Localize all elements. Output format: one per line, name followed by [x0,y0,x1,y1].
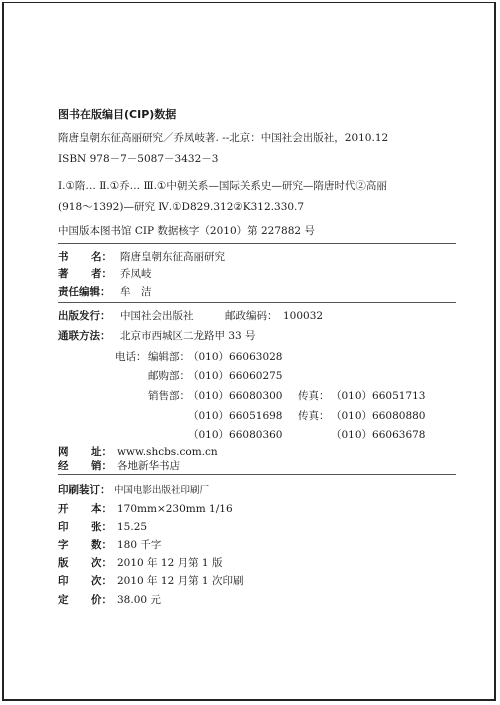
printer: 中国电影出版社印刷厂 [114,485,209,497]
cip-title-line: 隋唐皇朝东征高丽研究／乔凤岐著. --北京：中国社会出版社，2010.12 [58,132,388,144]
title-label-b: 名： [91,251,112,263]
cip-subjects-line1: Ⅰ.①隋… Ⅱ.①乔… Ⅲ.①中朝关系—国际关系史—研究—隋唐时代②高丽 [58,180,387,192]
website-row: 网址： [58,446,112,458]
mailorder-label: 邮购部： [148,370,190,382]
words: 180 千字 [117,539,161,551]
words-label-b: 数： [91,539,112,551]
distributor-label-b: 销： [91,460,112,472]
impression-label-b: 次： [91,575,112,587]
author-label-b: 者： [91,268,112,280]
format-row: 开本： [58,503,112,515]
publisher-name: 中国社会出版社 [120,310,194,322]
author-row: 著者： [58,268,112,280]
cip-number: 中国版本图书馆 CIP 数据核字（2010）第 227882 号 [58,225,315,237]
website-link[interactable]: www.shcbs.com.cn [117,446,218,458]
edition: 2010 年 12 月第 1 版 [117,557,222,569]
sheets: 15.25 [117,521,147,533]
printer-label: 印刷装订： [58,484,111,496]
edition-label-a: 版 [58,557,91,569]
price-row: 定价： [58,594,112,606]
phone-label: 电话： [115,351,147,363]
format-label-b: 本： [91,503,112,515]
impression: 2010 年 12 月第 1 次印刷 [117,575,243,587]
title-row: 书名： [58,251,112,263]
edition-label-b: 次： [91,557,112,569]
divider [58,302,456,303]
editor-label: 责任编辑： [58,286,111,298]
book-author: 乔凤岐 [120,268,152,280]
sheets-label-b: 张： [91,521,112,533]
sheets-label-a: 印 [58,521,91,533]
website-label-b: 址： [91,446,112,458]
address: 北京市西城区二龙路甲 33 号 [120,330,256,342]
edition-row: 版次： [58,557,112,569]
postcode-label: 邮政编码： [225,310,278,322]
price-label-b: 价： [91,594,112,606]
words-row: 字数： [58,539,112,551]
format-label-a: 开 [58,503,91,515]
sales-phone-1: （010）66080300 [188,390,283,402]
distributor-label-a: 经 [58,460,91,472]
fax-number-2: （010）66080880 [331,410,426,422]
postcode: 100032 [283,310,323,322]
fax-number-1: （010）66051713 [331,390,426,402]
words-label-a: 字 [58,539,91,551]
distributor: 各地新华书店 [117,460,180,472]
fax-label-1: 传真： [298,390,330,402]
fax-number-3: （010）66063678 [331,429,426,441]
impression-row: 印次： [58,575,112,587]
sales-phone-2: （010）66051698 [188,410,283,422]
contact-label: 通联方法： [58,330,111,342]
cip-subjects-line2: (918～1392)—研究 Ⅳ.①D829.312②K312.330.7 [58,201,304,213]
cip-isbn: ISBN 978－7－5087－3432－3 [58,153,218,165]
fax-label-2: 传真： [298,410,330,422]
price-label-a: 定 [58,594,91,606]
distributor-row: 经销： [58,460,112,472]
divider [58,474,456,475]
book-title: 隋唐皇朝东征高丽研究 [120,251,225,263]
mailorder-phone: （010）66060275 [188,370,283,382]
sales-phone-3: （010）66080360 [188,429,283,441]
title-label-a: 书 [58,251,91,263]
publisher-label: 出版发行： [58,310,111,322]
editorial-label: 编辑部： [148,351,190,363]
editorial-phone: （010）66063028 [188,351,283,363]
website-label-a: 网 [58,446,91,458]
impression-label-a: 印 [58,575,91,587]
sheets-row: 印张： [58,521,112,533]
divider [58,243,456,244]
book-editor: 牟 洁 [120,286,152,298]
format: 170mm×230mm 1/16 [117,503,233,515]
cip-heading: 图书在版编目(CIP)数据 [58,109,176,121]
author-label-a: 著 [58,268,91,280]
sales-label: 销售部： [148,390,190,402]
price: 38.00 元 [117,594,161,606]
